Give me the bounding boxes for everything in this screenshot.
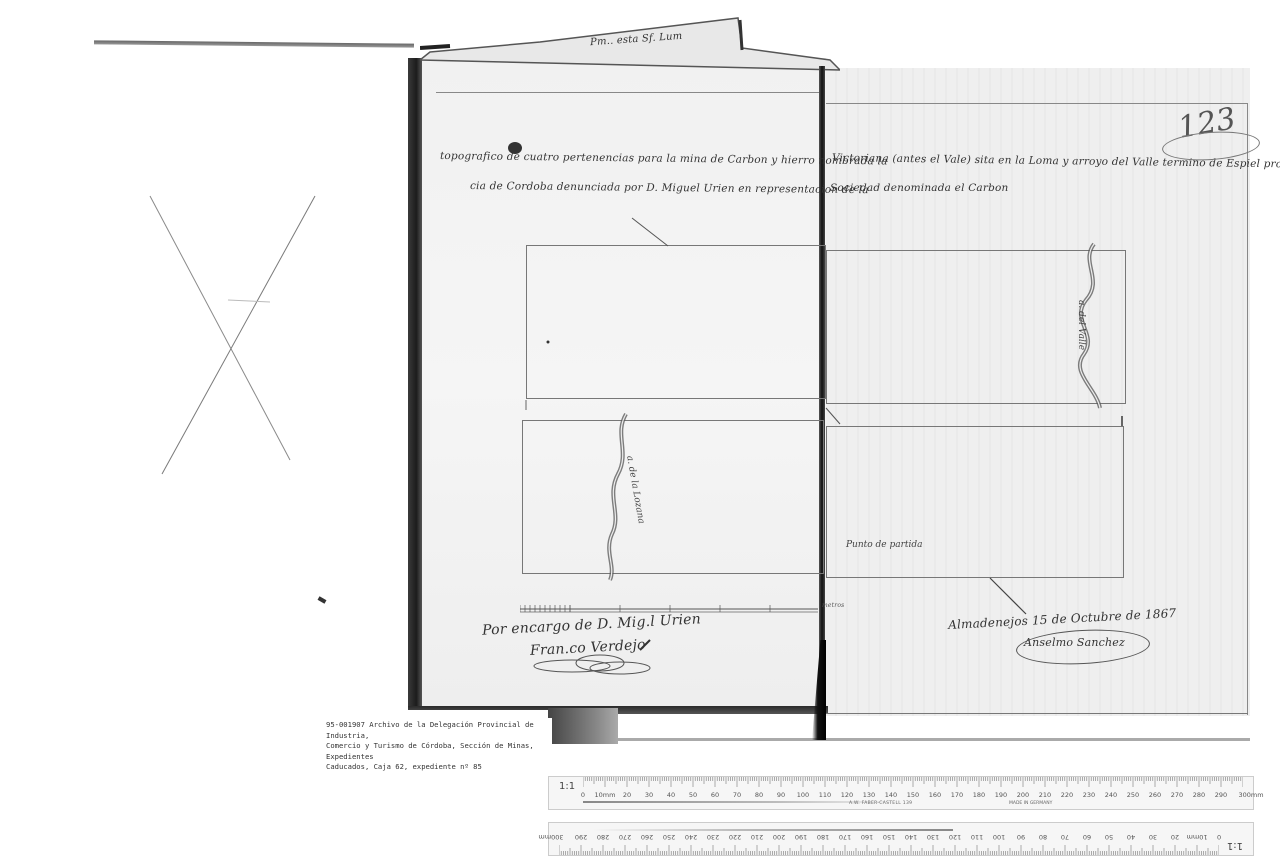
map-linework [0,0,1280,862]
ruler-label: 20 [1171,833,1179,841]
ruler-origin: MADE IN GERMANY [1009,801,1052,806]
scan-shadow [548,708,618,744]
ruler-label: 60 [1083,833,1091,841]
ruler-top: 1:1 010mm2030405060708090100110120130140… [548,776,1254,810]
ruler-label: 40 [1127,833,1135,841]
ruler-label: 300mm [1238,791,1263,799]
scale-unit-label: metros [822,602,844,609]
ruler-label: 60 [711,791,719,799]
ruler-bottom: 1:1 010mm2030405060708090100110120130140… [548,822,1254,856]
ruler-label: 220 [729,833,741,841]
ruler-label: 100 [797,791,809,799]
ruler-label: 150 [907,791,919,799]
ruler-label: 30 [1149,833,1157,841]
ruler-ticks [559,845,1219,855]
ruler-label: 140 [885,791,897,799]
ruler-label: 70 [733,791,741,799]
ruler-label: 80 [1039,833,1047,841]
ruler-label: 250 [663,833,675,841]
ruler-label: 210 [751,833,763,841]
ruler-label: 260 [641,833,653,841]
ruler-label: 130 [927,833,939,841]
ruler-label: 100 [993,833,1005,841]
ruler-label: 0 [581,791,585,799]
ruler-label: 10mm [1187,833,1208,841]
ruler-label: 140 [905,833,917,841]
ruler-brand: A.W. FABER-CASTELL 139 [849,801,912,806]
ruler-label: 90 [777,791,785,799]
scanned-document: Pm.. esta Sf. Lum topografico de cuatro … [0,0,1280,862]
ruler-label: 210 [1039,791,1051,799]
ruler-label: 280 [597,833,609,841]
ruler-label: 270 [1171,791,1183,799]
ruler-label: 30 [645,791,653,799]
ruler-label: 130 [863,791,875,799]
ruler-label: 260 [1149,791,1161,799]
ruler-label: 250 [1127,791,1139,799]
ruler-label: 270 [619,833,631,841]
ruler-label: 240 [685,833,697,841]
ruler-label: 160 [929,791,941,799]
ruler-label: 200 [773,833,785,841]
archive-label-line: 95-001907 Archivo de la Delegación Provi… [326,720,552,741]
ruler-label: 90 [1017,833,1025,841]
ruler-label: 50 [689,791,697,799]
ruler-label: 190 [995,791,1007,799]
ruler-label: 110 [819,791,831,799]
ruler-label: 170 [951,791,963,799]
ruler-label: 80 [755,791,763,799]
ruler-label: 150 [883,833,895,841]
stream-label-valle: a. del Valle [1076,300,1086,350]
ruler-label: 10mm [595,791,616,799]
archive-label-line: Caducados, Caja 62, expediente nº 85 [326,762,552,773]
ruler-label: 50 [1105,833,1113,841]
ruler-label: 280 [1193,791,1205,799]
ruler-label: 110 [971,833,983,841]
ruler-label: 0 [1217,833,1221,841]
ruler-ratio: 1:1 [1227,840,1243,851]
ruler-label: 300mm [538,833,563,841]
ruler-label: 230 [707,833,719,841]
ruler-ticks [583,777,1243,787]
archive-label-line: Comercio y Turismo de Córdoba, Sección d… [326,741,552,762]
ruler-label: 120 [949,833,961,841]
archive-label: 95-001907 Archivo de la Delegación Provi… [322,718,552,775]
ruler-label: 20 [623,791,631,799]
ruler-label: 180 [973,791,985,799]
ruler-label: 190 [795,833,807,841]
signature-right: Anselmo Sanchez [1024,636,1125,649]
ruler-label: 70 [1061,833,1069,841]
ruler-ratio: 1:1 [559,781,575,792]
starting-point-label: Punto de partida [846,540,923,550]
ruler-label: 200 [1017,791,1029,799]
scale-bar [520,603,818,613]
ruler-label: 290 [1215,791,1227,799]
ruler-label: 290 [575,833,587,841]
ruler-label: 120 [841,791,853,799]
ruler-label: 220 [1061,791,1073,799]
ruler-label: 240 [1105,791,1117,799]
ruler-label: 40 [667,791,675,799]
ruler-smudge [593,829,953,831]
ruler-label: 170 [839,833,851,841]
ruler-label: 180 [817,833,829,841]
ruler-label: 230 [1083,791,1095,799]
ruler-label: 160 [861,833,873,841]
